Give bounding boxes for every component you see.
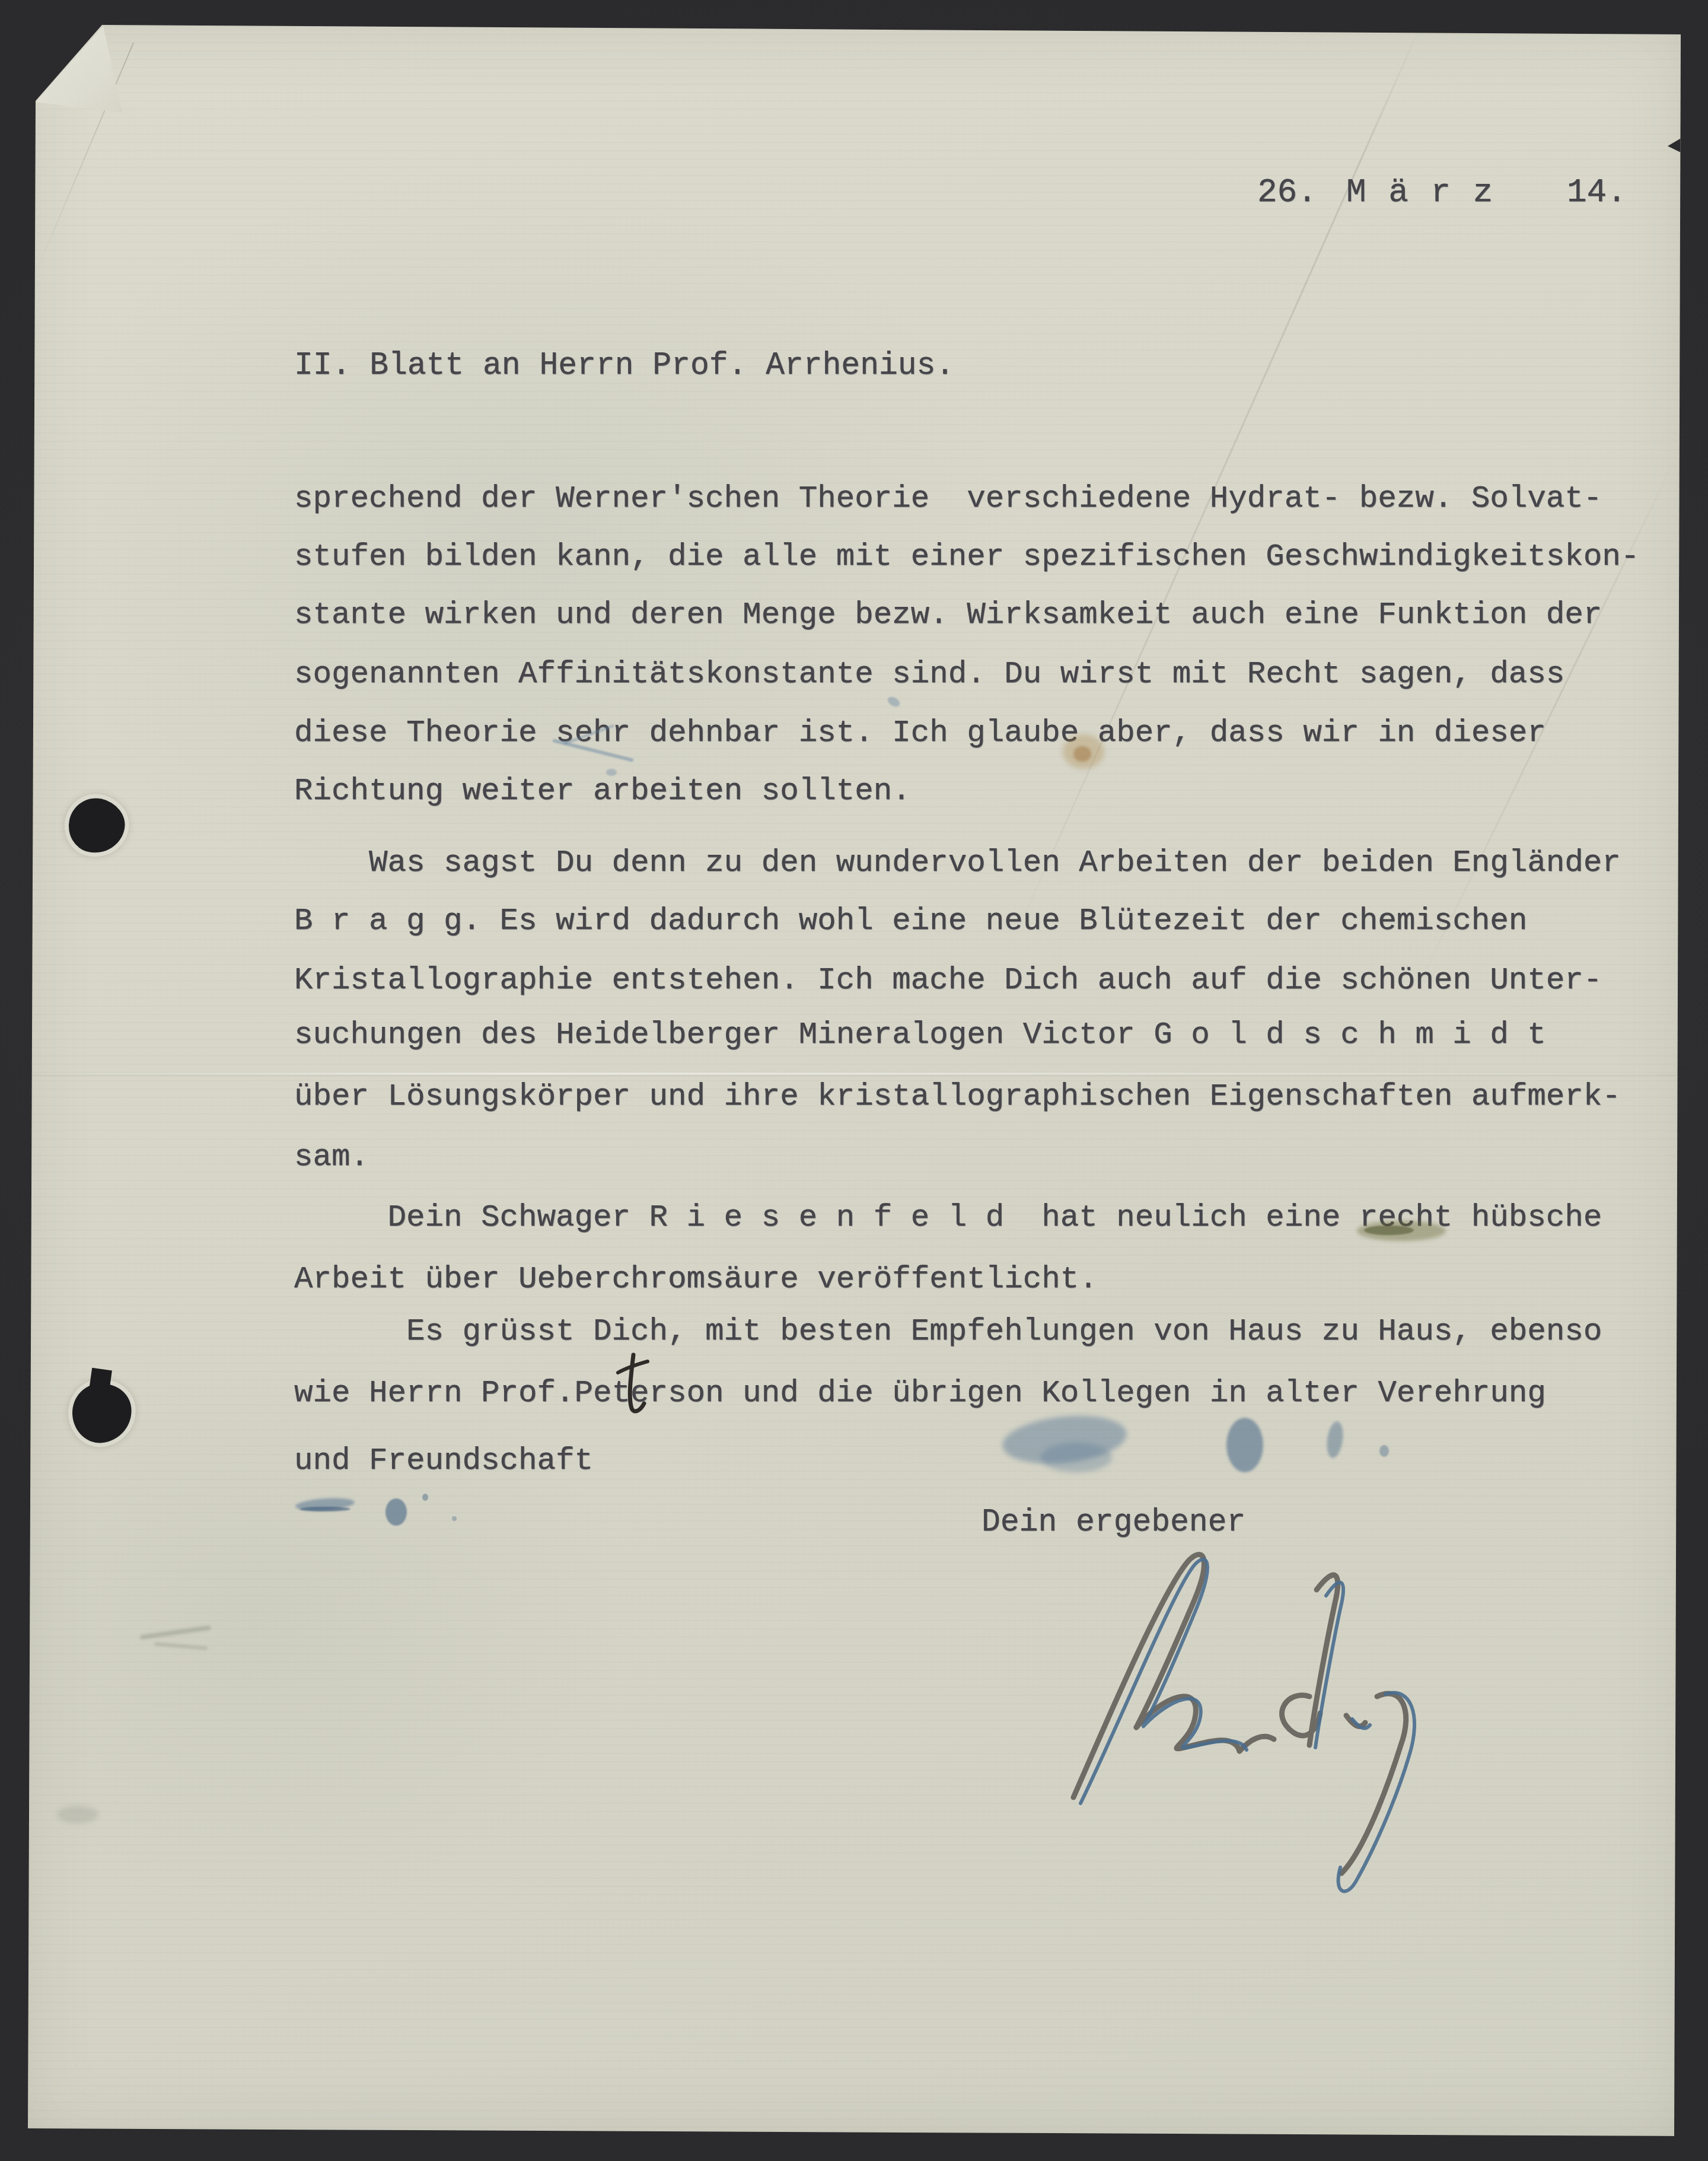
corner-crease [33,43,134,278]
pencil-mark [886,695,901,708]
dog-ear-corner [33,24,128,125]
ink-dot [452,1516,457,1521]
ink-blot [1226,1418,1263,1472]
date-year: 14. [1567,173,1627,211]
smudge [57,1806,98,1823]
body-line: und Freundschaft [294,1443,593,1478]
body-line: sogenannten Affinitätskonstante sind. Du… [294,656,1564,692]
body-line: Es grüsst Dich, mit besten Empfehlungen … [294,1313,1602,1349]
body-line: Richtung weiter arbeiten sollten. [294,773,911,809]
letter-heading: II. Blatt an Herrn Prof. Arrhenius. [294,348,954,383]
ink-blot [385,1498,407,1526]
punch-hole [69,1380,135,1446]
ink-dot [422,1494,428,1501]
ink-blot [1325,1420,1345,1459]
body-line: über Lösungskörper und ihre kristallogra… [294,1078,1621,1114]
fold-line-horizontal [28,1072,1677,1075]
body-line: B r a g g. Es wird dadurch wohl eine neu… [294,903,1527,938]
ink-streak [299,1507,350,1511]
handwritten-insert-t [614,1351,652,1420]
scanned-letter-screenshot: { "document": { "date": { "day": "26.", … [0,0,1708,2161]
body-line: stante wirken und deren Menge bezw. Wirk… [294,597,1602,632]
ink-blot [1041,1443,1112,1472]
body-line: diese Theorie sehr dehnbar ist. Ich glau… [294,715,1546,750]
body-line: Dein Schwager R i e s e n f e l d hat ne… [294,1199,1602,1235]
edge-nick [1668,138,1682,153]
body-line: suchungen des Heidelberger Mineralogen V… [294,1017,1546,1052]
ink-blot [1379,1445,1389,1457]
date-day: 26. [1257,173,1317,211]
body-line: wie Herrn Prof.Peterson und die übrigen … [294,1375,1546,1411]
date-month: M ä r z [1346,173,1494,211]
body-line: sam. [294,1139,369,1175]
body-line: stufen bilden kann, die alle mit einer s… [294,539,1639,574]
punch-hole [63,793,129,858]
pencil-scribble [154,1642,208,1650]
ink-blot [1000,1410,1129,1469]
ink-streak [295,1497,355,1513]
body-line: Was sagst Du denn zu den wundervollen Ar… [294,845,1621,880]
pencil-scribble [140,1625,211,1640]
body-line: Arbeit über Ueberchromsäure veröffentlic… [294,1261,1098,1297]
body-line: sprechend der Werner'schen Theorie versc… [294,480,1602,516]
paper-sheet: 26. M ä r z 14. II. Blatt an Herrn Prof.… [0,0,1708,2161]
signature [984,1519,1459,1886]
body-line: Kristallographie entstehen. Ich mache Di… [294,962,1602,998]
